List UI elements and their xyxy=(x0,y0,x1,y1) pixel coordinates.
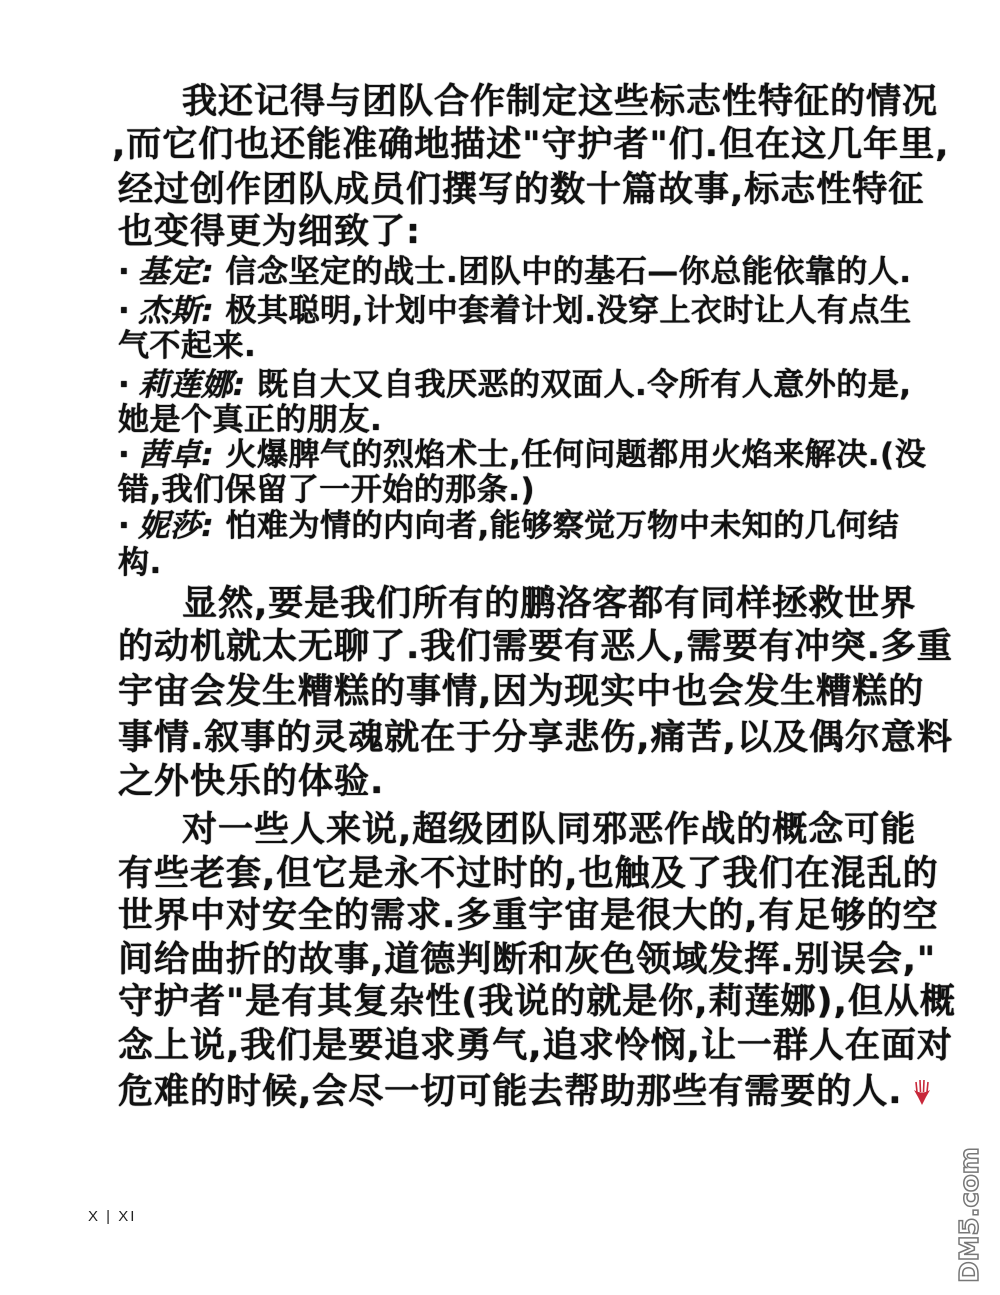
paragraph-3-line-2: 有些老套,但它是永不过时的,也触及了我们在混乱的 xyxy=(118,852,939,896)
bullet-marker: · xyxy=(118,367,130,403)
bullet-text: 信念坚定的战士.团队中的基石—你总能依靠的人. xyxy=(225,254,911,290)
paragraph-3-line-1: 对一些人来说,超级团队同邪恶作战的概念可能 xyxy=(182,808,916,852)
character-name: 基定: xyxy=(138,254,214,290)
bullet-text: 怕难为情的内向者,能够察觉万物中未知的几何结 xyxy=(225,508,899,544)
bullet-text: 火爆脾气的烈焰术士,任何问题都用火焰来解决.(没 xyxy=(225,437,926,473)
bullet-text: 极其聪明,计划中套着计划.没穿上衣时让人有点生 xyxy=(225,293,911,329)
character-name: 杰斯: xyxy=(138,293,214,329)
paragraph-2-line-3: 宇宙会发生糟糕的事情,因为现实中也会发生糟糕的 xyxy=(118,670,924,714)
bullet-item-liliana: ·莉莲娜: 既自大又自我厌恶的双面人.令所有人意外的是, xyxy=(118,367,912,403)
paragraph-1-line-2: ,而它们也还能准确地描述"守护者"们.但在这几年里, xyxy=(112,123,949,167)
character-name: 莉莲娜: xyxy=(138,367,245,403)
watermark-text: DM5.com xyxy=(955,1147,985,1283)
paragraph-2-line-1: 显然,要是我们所有的鹏洛客都有同样拯救世界 xyxy=(182,582,916,626)
paragraph-1-line-4: 也变得更为细致了: xyxy=(118,210,421,254)
bullet-text-continued: 错,我们保留了一开始的那条.) xyxy=(118,472,535,508)
bullet-marker: · xyxy=(118,508,130,544)
paragraph-3-line-6: 念上说,我们是要追求勇气,追求怜悯,让一群人在面对 xyxy=(118,1024,953,1068)
bullet-item-gideon: ·基定: 信念坚定的战士.团队中的基石—你总能依靠的人. xyxy=(118,254,912,290)
page-number: X | XI xyxy=(88,1208,136,1225)
paragraph-3-line-7: 危难的时候,会尽一切可能去帮助那些有需要的人. xyxy=(118,1070,931,1114)
bullet-text-continued: 构. xyxy=(118,545,162,581)
bullet-text: 既自大又自我厌恶的双面人.令所有人意外的是, xyxy=(257,367,912,403)
planeswalker-symbol-icon xyxy=(913,1080,931,1106)
bullet-marker: · xyxy=(118,437,130,473)
bullet-text-continued: 她是个真正的朋友. xyxy=(118,402,382,438)
paragraph-3-last-text: 危难的时候,会尽一切可能去帮助那些有需要的人. xyxy=(118,1072,903,1112)
character-name: 妮莎: xyxy=(138,508,214,544)
paragraph-1-line-1: 我还记得与团队合作制定这些标志性特征的情况 xyxy=(182,80,938,124)
paragraph-2-line-5: 之外快乐的体验. xyxy=(118,760,384,804)
paragraph-3-line-4: 间给曲折的故事,道德判断和灰色领域发挥.别误会," xyxy=(118,938,936,982)
watermark-logo: DM5.com xyxy=(950,1140,990,1290)
bullet-item-jace: ·杰斯: 极其聪明,计划中套着计划.没穿上衣时让人有点生 xyxy=(118,293,912,329)
bullet-text-continued: 气不起来. xyxy=(118,328,256,364)
paragraph-2-line-2: 的动机就太无聊了.我们需要有恶人,需要有冲突.多重 xyxy=(118,625,953,669)
bullet-marker: · xyxy=(118,254,130,290)
character-name: 茜卓: xyxy=(138,437,214,473)
bullet-item-chandra: ·茜卓: 火爆脾气的烈焰术士,任何问题都用火焰来解决.(没 xyxy=(118,437,926,473)
paragraph-1-line-3: 经过创作团队成员们撰写的数十篇故事,标志性特征 xyxy=(118,168,924,212)
bullet-item-nissa: ·妮莎: 怕难为情的内向者,能够察觉万物中未知的几何结 xyxy=(118,508,899,544)
paragraph-3-line-5: 守护者"是有其复杂性(我说的就是你,莉莲娜),但从概 xyxy=(118,980,956,1024)
paragraph-2-line-4: 事情.叙事的灵魂就在于分享悲伤,痛苦,以及偶尔意料 xyxy=(118,716,953,760)
paragraph-3-line-3: 世界中对安全的需求.多重宇宙是很大的,有足够的空 xyxy=(118,894,939,938)
bullet-marker: · xyxy=(118,293,130,329)
